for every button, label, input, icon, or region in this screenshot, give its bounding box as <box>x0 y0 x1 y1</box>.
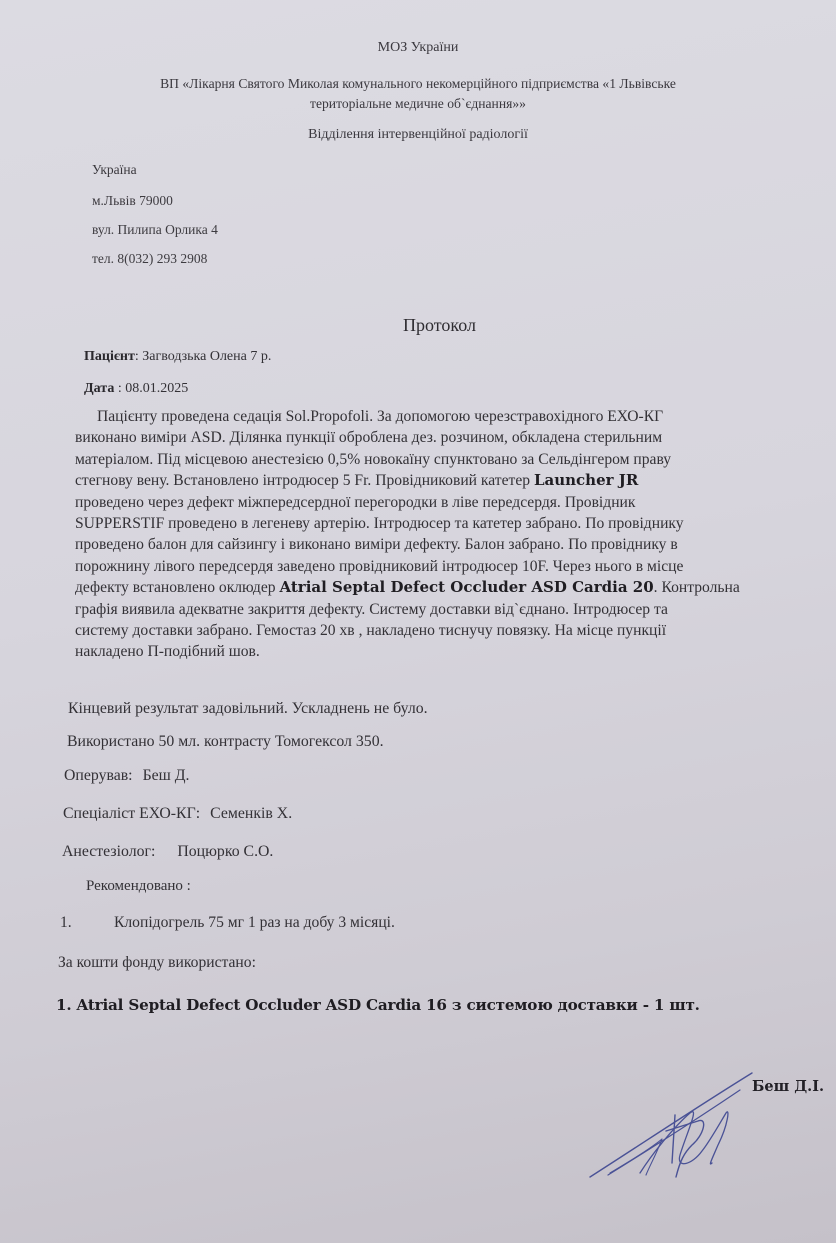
echo-specialist-label: Спеціаліст ЕХО-КГ: <box>63 805 200 822</box>
operator-label: Оперував: <box>64 767 133 784</box>
echo-specialist-line: Спеціаліст ЕХО-КГ:Семенків Х. <box>63 805 292 823</box>
address-phone: тел. 8(032) 293 2908 <box>92 251 207 267</box>
address-city: м.Львів 79000 <box>92 193 173 209</box>
recommendation-text: Клопідогрель 75 мг 1 раз на добу 3 місяц… <box>114 914 395 932</box>
date-value: : 08.01.2025 <box>114 381 188 396</box>
department-heading: Відділення інтервенційної радіології <box>0 127 836 143</box>
procedure-line: накладено П-подібний шов. <box>75 641 835 662</box>
recommendations-title: Рекомендовано : <box>86 878 191 895</box>
operator-value: Беш Д. <box>143 767 190 784</box>
date-label: Дата <box>84 381 114 396</box>
ministry-heading: МОЗ України <box>0 40 836 56</box>
anesthesiologist-value: Поцюрко С.О. <box>177 843 273 860</box>
patient-label: Пацієнт <box>84 349 135 364</box>
fund-item: 1. Atrial Septal Defect Occluder ASD Car… <box>56 996 700 1014</box>
procedure-paragraph: Пацієнту проведена седація Sol.Propofoli… <box>75 406 835 663</box>
procedure-line: матеріалом. Під місцевою анестезією 0,5%… <box>75 449 835 470</box>
address-country: Україна <box>92 162 137 178</box>
patient-line: Пацієнт: Загводзька Олена 7 р. <box>84 349 271 365</box>
signature-scribble-icon <box>580 1065 780 1195</box>
device-name: Launcher JR <box>534 471 638 489</box>
institution-line-1: ВП «Лікарня Святого Миколая комунального… <box>0 76 836 92</box>
procedure-line: SUPPERSTIF проведено в легеневу артерію.… <box>75 513 835 534</box>
procedure-line: порожнину лівого передсердя заведено про… <box>75 556 835 577</box>
patient-value: : Загводзька Олена 7 р. <box>135 349 272 364</box>
anesthesiologist-line: Анестезіолог:Поцюрко С.О. <box>62 843 273 861</box>
address-street: вул. Пилипа Орлика 4 <box>92 222 218 238</box>
fund-title: За кошти фонду використано: <box>58 954 256 972</box>
procedure-line: дефекту встановлено оклюдер Atrial Septa… <box>75 577 835 598</box>
date-line: Дата : 08.01.2025 <box>84 381 188 397</box>
anesthesiologist-label: Анестезіолог: <box>62 843 155 860</box>
recommendation-number: 1. <box>60 914 72 931</box>
protocol-title: Протокол <box>403 315 476 336</box>
result-line: Кінцевий результат задовільний. Ускладне… <box>68 700 428 718</box>
procedure-line: Пацієнту проведена седація Sol.Propofoli… <box>75 406 835 427</box>
procedure-line: систему доставки забрано. Гемостаз 20 хв… <box>75 620 835 641</box>
institution-line-2: територіальне медичне об`єднання»» <box>0 96 836 112</box>
procedure-line: стегнову вену. Встановлено інтродюсер 5 … <box>75 470 835 491</box>
contrast-line: Використано 50 мл. контрасту Томогексол … <box>67 733 384 751</box>
device-name: Atrial Septal Defect Occluder ASD Cardia… <box>279 578 653 596</box>
echo-specialist-value: Семенків Х. <box>210 805 292 822</box>
operator-line: Оперував:Беш Д. <box>64 767 190 785</box>
procedure-line: графія виявила адекватне закриття дефект… <box>75 599 835 620</box>
procedure-line: виконано виміри ASD. Ділянка пункції обр… <box>75 427 835 448</box>
procedure-line: проведено через дефект міжпередсердної п… <box>75 492 835 513</box>
recommendation-item: 1. Клопідогрель 75 мг 1 раз на добу 3 мі… <box>60 914 72 932</box>
procedure-line: проведено балон для сайзингу і виконано … <box>75 534 835 555</box>
